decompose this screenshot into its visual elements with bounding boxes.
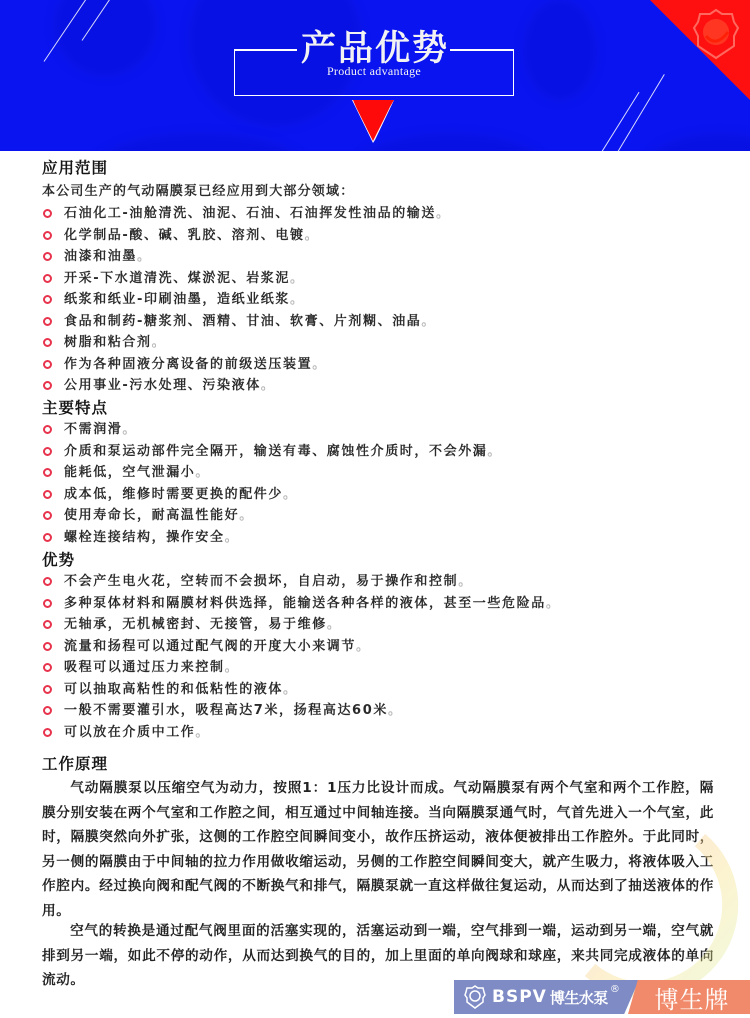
ring-bullet-icon [43, 685, 52, 694]
brand-logo-text: BSPV [492, 987, 547, 1007]
brand-shield-icon [464, 985, 486, 1009]
list-item: 纸浆和纸业-印刷油墨，造纸业纸浆。 [42, 290, 451, 312]
brand-shield-icon [692, 8, 740, 60]
brand-name: 博生牌 [628, 980, 750, 1014]
section-title-advantages: 优势 [42, 550, 75, 570]
list-item: 成本低，维修时需要更换的配件少。 [42, 485, 502, 507]
advantages-list: 不会产生电火花，空转而不会损坏，自启动，易于操作和控制。 多种泵体材料和隔膜材料… [42, 572, 560, 744]
ring-bullet-icon [43, 642, 52, 651]
list-item: 流量和扬程可以通过配气阀的开度大小来调节。 [42, 637, 560, 659]
ring-bullet-icon [43, 706, 52, 715]
section-title-principle: 工作原理 [42, 754, 108, 774]
ring-bullet-icon [43, 490, 52, 499]
ring-bullet-icon [43, 381, 52, 390]
decor-bubble [530, 5, 590, 95]
list-item: 介质和泵运动部件完全隔开，输送有毒、腐蚀性介质时，不会外漏。 [42, 442, 502, 464]
ring-bullet-icon [43, 577, 52, 586]
ring-bullet-icon [43, 295, 52, 304]
ring-bullet-icon [43, 209, 52, 218]
list-item: 食品和制药-糖浆剂、酒精、甘油、软膏、片剂糊、油晶。 [42, 312, 451, 334]
ring-bullet-icon [43, 317, 52, 326]
list-item: 一般不需要灌引水，吸程高达7米，扬程高达60米。 [42, 701, 560, 723]
banner: 产品优势 Product advantage [0, 0, 750, 151]
decor-bubble [650, 140, 750, 151]
list-item: 公用事业-污水处理、污染液体。 [42, 376, 451, 398]
brand-logo: BSPV 博生水泵 ® 博生牌 [454, 980, 750, 1014]
list-item: 能耗低，空气泄漏小。 [42, 463, 502, 485]
banner-subtitle: Product advantage [234, 64, 514, 79]
list-item: 使用寿命长，耐高温性能好。 [42, 506, 502, 528]
ring-bullet-icon [43, 533, 52, 542]
ring-bullet-icon [43, 511, 52, 520]
list-item: 多种泵体材料和隔膜材料供选择，能输送各种各样的液体，甚至一些危险品。 [42, 594, 560, 616]
list-item: 作为各种固液分离设备的前级送压装置。 [42, 355, 451, 377]
list-item: 开采-下水道清洗、煤淤泥、岩浆泥。 [42, 269, 451, 291]
ring-bullet-icon [43, 274, 52, 283]
features-list: 不需润滑。 介质和泵运动部件完全隔开，输送有毒、腐蚀性介质时，不会外漏。 能耗低… [42, 420, 502, 549]
list-item: 无轴承，无机械密封、无接管，易于维修。 [42, 615, 560, 637]
ring-bullet-icon [43, 468, 52, 477]
list-item: 可以放在介质中工作。 [42, 723, 560, 745]
list-item: 不需润滑。 [42, 420, 502, 442]
application-intro: 本公司生产的气动隔膜泵已经应用到大部分领域： [42, 183, 354, 201]
ring-bullet-icon [43, 338, 52, 347]
list-item: 树脂和粘合剂。 [42, 333, 451, 355]
ring-bullet-icon [43, 447, 52, 456]
ring-bullet-icon [43, 252, 52, 261]
ring-bullet-icon [43, 663, 52, 672]
principle-paragraph-1: 气动隔膜泵以压缩空气为动力，按照1：1压力比设计而成。气动隔膜泵有两个气室和两个… [42, 776, 714, 923]
ring-bullet-icon [43, 728, 52, 737]
ring-bullet-icon [43, 425, 52, 434]
decor-bubble [100, 140, 300, 151]
section-title-features: 主要特点 [42, 398, 108, 418]
brand-logo-left: BSPV 博生水泵 ® [454, 980, 639, 1014]
list-item: 吸程可以通过压力来控制。 [42, 658, 560, 680]
list-item: 石油化工-油舱清洗、油泥、石油、石油挥发性油品的输送。 [42, 204, 451, 226]
list-item: 螺栓连接结构，操作安全。 [42, 528, 502, 550]
list-item: 化学制品-酸、碱、乳胶、溶剂、电镀。 [42, 226, 451, 248]
ring-bullet-icon [43, 620, 52, 629]
list-item: 不会产生电火花，空转而不会损坏，自启动，易于操作和控制。 [42, 572, 560, 594]
ring-bullet-icon [43, 360, 52, 369]
decor-bubble [60, 0, 150, 70]
application-list: 石油化工-油舱清洗、油泥、石油、石油挥发性油品的输送。 化学制品-酸、碱、乳胶、… [42, 204, 451, 398]
decor-line [602, 92, 640, 151]
list-item: 可以抽取高粘性的和低粘性的液体。 [42, 680, 560, 702]
brand-logo-cn: 博生水泵 [550, 987, 608, 1008]
ring-bullet-icon [43, 231, 52, 240]
section-title-application: 应用范围 [42, 158, 108, 178]
list-item: 油漆和油墨。 [42, 247, 451, 269]
registered-mark: ® [610, 984, 620, 995]
ring-bullet-icon [43, 599, 52, 608]
down-arrow-icon [352, 100, 394, 143]
